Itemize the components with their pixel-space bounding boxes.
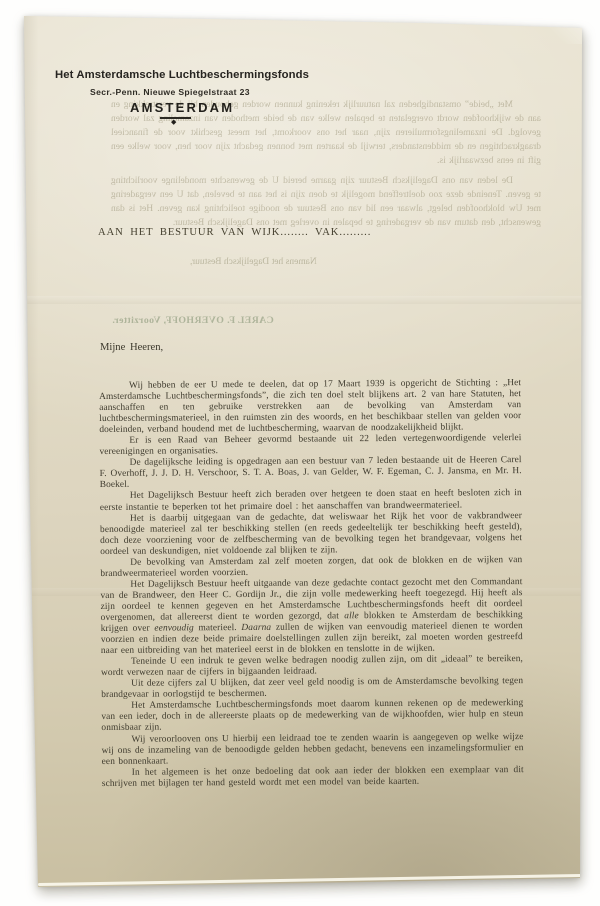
paragraph-text: De dagelijksche leiding is opgedragen aa… <box>100 455 522 490</box>
paragraph: Het Dagelijksch Bestuur heeft uitgaande … <box>100 577 523 657</box>
letterhead-address: Secr.-Penn. Nieuwe Spiegelstraat 23 <box>90 87 250 97</box>
paragraph-text: materieel. <box>194 623 242 633</box>
paragraph-text: De bevolking van Amsterdam zal zelf moet… <box>100 555 522 579</box>
paragraph-text: Er is een Raad van Beheer gevormd bestaa… <box>99 433 521 457</box>
paragraph-text: Het Dagelijksch Bestuur heeft zich berad… <box>100 489 522 513</box>
paragraph: De bevolking van Amsterdam zal zelf moet… <box>100 555 522 580</box>
paragraph: Het Dagelijksch Bestuur heeft zich berad… <box>100 489 522 514</box>
paragraph-text: In het algemeen is het onze bedoeling da… <box>102 765 524 789</box>
diamond-ornament-icon: ◆ <box>171 118 176 126</box>
paper-shadow: Met „beide” omstandigheden zal natuurlij… <box>0 0 600 906</box>
paragraph-text: Wij hebben de eer U mede te deelen, dat … <box>99 378 521 435</box>
paragraph-text: Wij veroorlooven ons U hierbij een leidr… <box>102 732 524 767</box>
letter-paper: Met „beide” omstandigheden zal natuurlij… <box>0 0 600 906</box>
recipient-line: AAN HET BESTUUR VAN WIJK........ VAK....… <box>98 227 371 238</box>
top-right-corner-highlight <box>538 16 584 44</box>
bleedthrough-paragraph: De leden van ons Dagelijksch Bestuur zij… <box>111 174 541 230</box>
paragraph: Wij veroorlooven ons U hierbij een leidr… <box>101 732 523 768</box>
emphasized-text: eenvoudig <box>154 623 194 633</box>
paragraph-text: Het is daarbij uitgegaan van de gedachte… <box>100 511 522 557</box>
paragraph: Er is een Raad van Beheer gevormd bestaa… <box>99 433 521 458</box>
upper-fold-crease <box>24 296 582 304</box>
left-edge-shading <box>24 16 40 888</box>
bleedthrough-signature: CAREL F. OVERHOFF, Voorzitter. <box>112 315 274 326</box>
letterhead-organization: Het Amsterdamsche Luchtbeschermingsfonds <box>55 69 309 81</box>
salutation: Mijne Heeren, <box>100 342 163 353</box>
paragraph-text: Het Amsterdamsche Luchtbeschermingsfonds… <box>101 698 523 733</box>
paragraph: Het is daarbij uitgegaan van de gedachte… <box>100 511 522 558</box>
body-paragraphs: Wij hebben de eer U mede te deelen, dat … <box>99 378 524 790</box>
emphasized-text: alle <box>344 611 359 621</box>
paragraph: Het Amsterdamsche Luchtbeschermingsfonds… <box>101 698 523 734</box>
emphasized-text: Daarna <box>241 623 271 633</box>
paragraph-text: Uit deze cijfers zal U blijken, dat zeer… <box>101 676 523 700</box>
paragraph: De dagelijksche leiding is opgedragen aa… <box>100 455 522 491</box>
paragraph: In het algemeen is het onze bedoeling da… <box>102 765 524 790</box>
bleedthrough-closing: Namens het Dagelijksch Bestuur, <box>190 257 317 267</box>
photo-background: Met „beide” omstandigheden zal natuurlij… <box>0 0 600 906</box>
paragraph: Wij hebben de eer U mede te deelen, dat … <box>99 378 521 436</box>
letterhead-city: AMSTERDAM <box>130 100 234 115</box>
paragraph-text: Teneinde U een indruk te geven welke bed… <box>101 654 523 678</box>
